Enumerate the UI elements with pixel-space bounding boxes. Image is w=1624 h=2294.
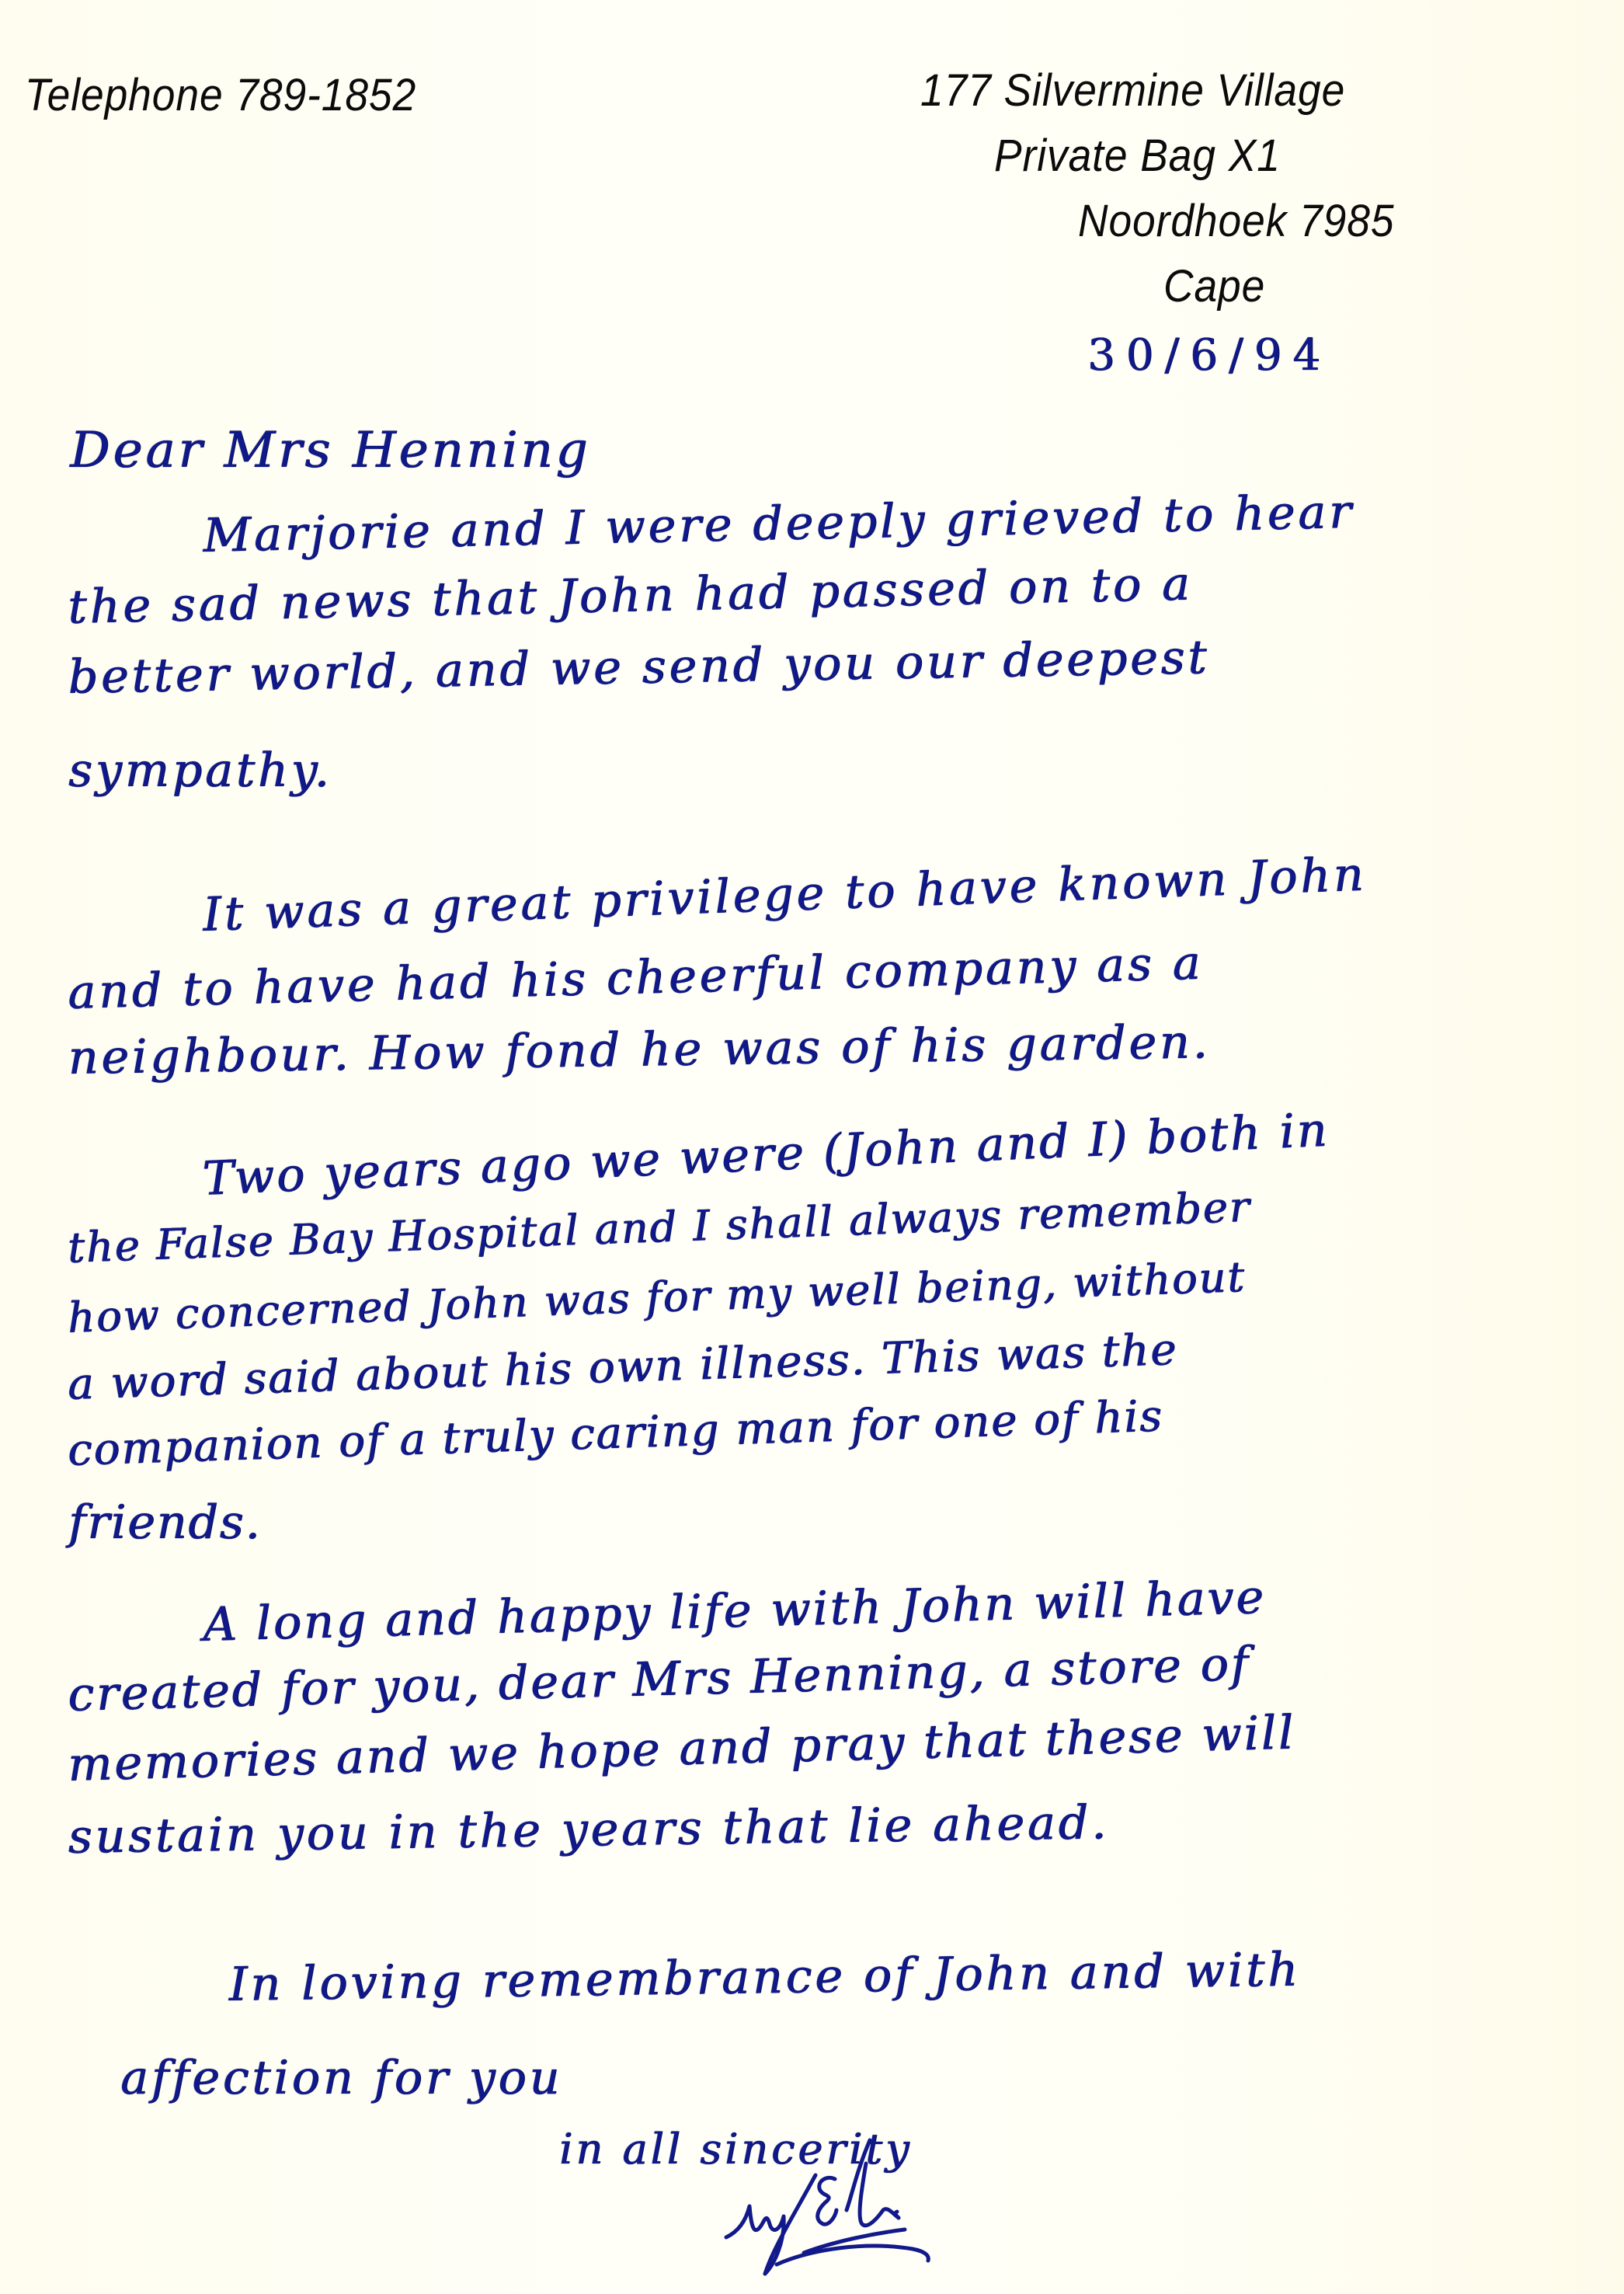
- body-line: sustain you in the years that lie ahead.: [68, 1799, 1109, 1861]
- body-line: In loving remembrance of John and with: [228, 1947, 1301, 2008]
- salutation: Dear Mrs Henning: [70, 426, 590, 475]
- signature-icon: [718, 2132, 951, 2280]
- address-line-1: 177 Silvermine Village: [920, 68, 1345, 113]
- body-line: affection for you: [120, 2055, 562, 2101]
- body-line: friends.: [68, 1499, 262, 1546]
- telephone-number: Telephone 789-1852: [25, 73, 416, 118]
- address-line-2: Private Bag X1: [994, 134, 1281, 179]
- letter-date: 30/6/94: [1087, 334, 1331, 378]
- body-line: sympathy.: [68, 747, 332, 794]
- address-line-3: Noordhoek 7985: [1078, 199, 1394, 244]
- address-line-4: Cape: [1163, 264, 1265, 309]
